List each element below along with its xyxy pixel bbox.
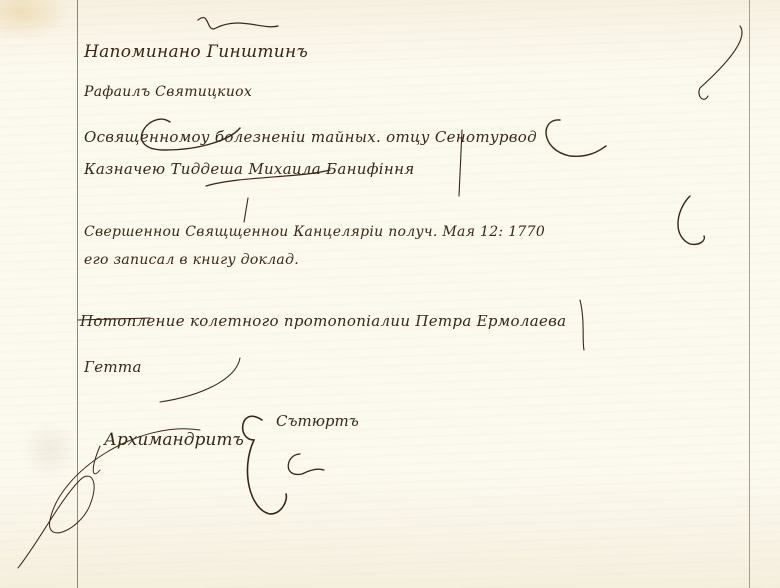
signature-1: Архимандритъ xyxy=(104,430,244,450)
signature-2: Сътюртъ xyxy=(276,412,359,430)
manuscript-line-7: Потопление колетного протопопіалии Петра… xyxy=(80,312,566,330)
right-margin-rule xyxy=(749,0,750,588)
manuscript-line-8: Гетта xyxy=(84,358,142,376)
manuscript-line-4: Казначею Тиддеша Михаила Банифіння xyxy=(84,160,415,178)
manuscript-line-1: Напоминано Гинштинъ xyxy=(84,42,308,62)
paper-stain-bottom-left xyxy=(20,420,80,480)
manuscript-line-3: Освященномоу болезненіи тайных. отцу Сен… xyxy=(84,128,537,146)
manuscript-page: Напоминано Гинштинъ Рафаилъ Святицкиох О… xyxy=(0,0,780,588)
manuscript-line-5: Свершеннои Свящщеннои Канцеляріи получ. … xyxy=(84,224,545,240)
manuscript-line-2: Рафаилъ Святицкиох xyxy=(84,84,252,100)
paper-stain-top-left xyxy=(0,0,70,40)
left-margin-rule xyxy=(77,0,78,588)
manuscript-line-6: его записал в книгу доклад. xyxy=(84,252,299,268)
